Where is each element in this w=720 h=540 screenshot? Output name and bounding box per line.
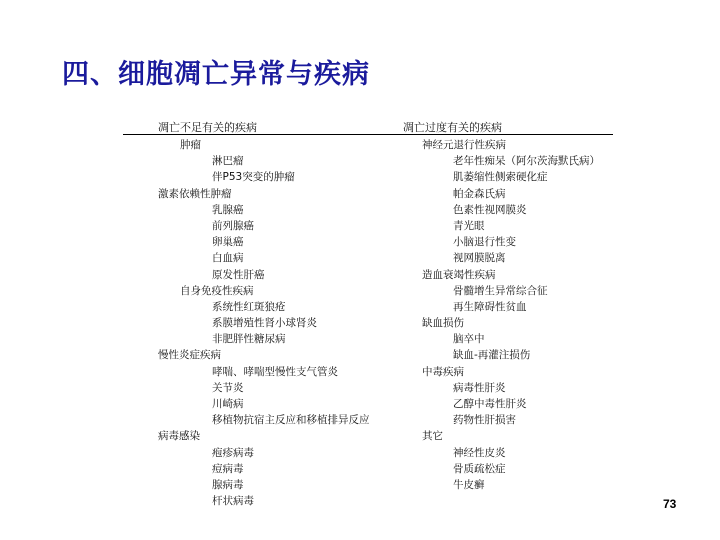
disease-item: 色素性视网膜炎	[0, 202, 600, 218]
disease-item: 神经性皮炎	[0, 445, 600, 461]
disease-item: 再生障碍性贫血	[0, 299, 600, 315]
disease-category: 造血衰竭性疾病	[0, 267, 600, 283]
disease-item: 老年性痴呆（阿尔茨海默氏病）	[0, 153, 600, 169]
disease-category: 缺血损伤	[0, 315, 600, 331]
right-column-header: 凋亡过度有关的疾病	[403, 119, 502, 135]
disease-item: 肌萎缩性侧索硬化症	[0, 169, 600, 185]
disease-category: 神经元退行性疾病	[0, 137, 600, 153]
disease-item: 杆状病毒	[0, 493, 370, 509]
disease-item: 药物性肝损害	[0, 412, 600, 428]
excessive-apoptosis-disease-list: 神经元退行性疾病老年性痴呆（阿尔茨海默氏病）肌萎缩性侧索硬化症帕金森氏病色素性视…	[0, 137, 600, 493]
disease-item: 骨髓增生异常综合征	[0, 283, 600, 299]
disease-item: 乙醇中毒性肝炎	[0, 396, 600, 412]
disease-item: 牛皮癣	[0, 477, 600, 493]
disease-item: 视网膜脱离	[0, 250, 600, 266]
disease-item: 脑卒中	[0, 331, 600, 347]
page-number: 73	[663, 497, 676, 511]
disease-item: 青光眼	[0, 218, 600, 234]
disease-item: 小脑退行性变	[0, 234, 600, 250]
disease-item: 骨质疏松症	[0, 461, 600, 477]
slide-title: 四、细胞凋亡异常与疾病	[62, 52, 370, 91]
disease-item: 缺血-再灌注损伤	[0, 347, 600, 363]
left-column-header: 凋亡不足有关的疾病	[158, 119, 257, 135]
disease-item: 帕金森氏病	[0, 186, 600, 202]
header-divider	[123, 134, 613, 135]
disease-item: 病毒性肝炎	[0, 380, 600, 396]
disease-category: 中毒疾病	[0, 364, 600, 380]
disease-category: 其它	[0, 428, 600, 444]
